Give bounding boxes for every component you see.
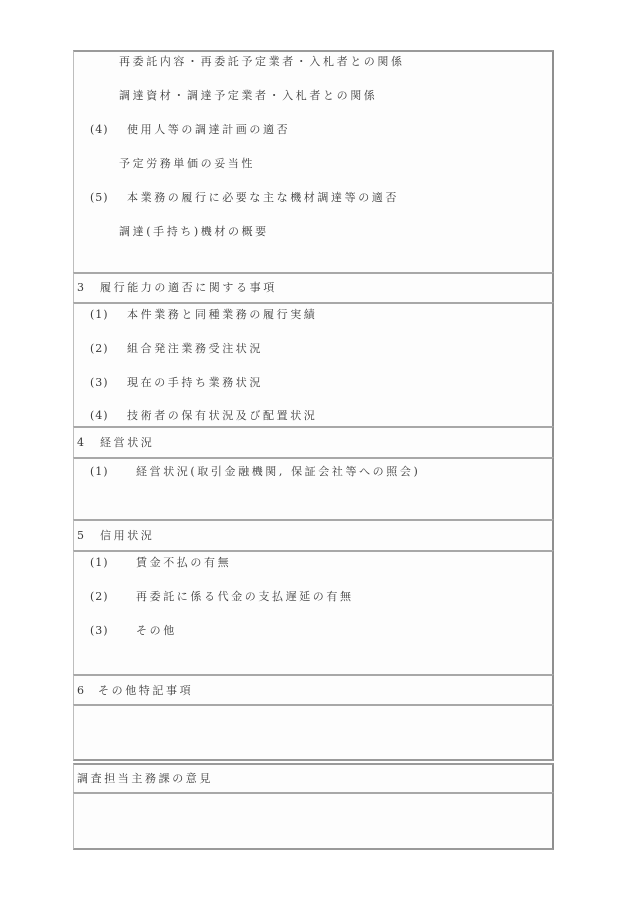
opinion-title: 調査担当主務課の意見 — [77, 772, 213, 786]
section-2-continuation-body: 再委託内容・再委託予定業者・入札者との関係 調達資材・調達予定業者・入札者との関… — [73, 50, 554, 272]
section-title: 経営状況 — [100, 436, 154, 450]
section-5-body: (1) 賃金不払の有無 (2) 再委託に係る代金の支払遅延の有無 (3) その他 — [73, 550, 554, 674]
item-procurement-relation: 調達資材・調達予定業者・入札者との関係 — [119, 89, 377, 103]
item-text: 組合発注業務受注状況 — [127, 342, 263, 356]
item-number: (3) — [90, 376, 109, 390]
opinion-field[interactable] — [73, 792, 554, 850]
item-number: (1) — [90, 465, 109, 479]
item-equipment-overview: 調達(手持ち)機材の概要 — [119, 225, 269, 239]
item-subcontract-relation: 再委託内容・再委託予定業者・入札者との関係 — [119, 55, 405, 69]
item-text: 賃金不払の有無 — [136, 556, 231, 570]
section-4-body: (1) 経営状況(取引金融機関, 保証会社等への照会) — [73, 457, 554, 519]
item-labor-unit-price: 予定労務単価の妥当性 — [119, 157, 255, 171]
item-number: (1) — [90, 308, 109, 322]
item-number: (1) — [90, 556, 109, 570]
section-title: 信用状況 — [100, 529, 154, 543]
item-text: その他 — [136, 624, 177, 638]
section-6-header: 6 その他特記事項 — [73, 674, 554, 704]
section-number: 5 — [77, 529, 84, 543]
section-5-header: 5 信用状況 — [73, 519, 554, 550]
section-number: 6 — [77, 684, 84, 698]
section-3-header: 3 履行能力の適否に関する事項 — [73, 272, 554, 302]
item-text: 本件業務と同種業務の履行実績 — [127, 308, 317, 322]
item-text: 経営状況(取引金融機関, 保証会社等への照会) — [136, 465, 420, 479]
section-number: 4 — [77, 436, 84, 450]
item-number: (3) — [90, 624, 109, 638]
section-title: 履行能力の適否に関する事項 — [100, 281, 277, 295]
item-number: (5) — [90, 191, 109, 205]
section-6-notes-field[interactable] — [73, 704, 554, 761]
section-title: その他特記事項 — [98, 684, 193, 698]
item-number: (2) — [90, 590, 109, 604]
inspection-form-table: 再委託内容・再委託予定業者・入札者との関係 調達資材・調達予定業者・入札者との関… — [73, 50, 554, 850]
section-number: 3 — [77, 281, 84, 295]
section-3-body: (1) 本件業務と同種業務の履行実績 (2) 組合発注業務受注状況 (3) 現在… — [73, 302, 554, 426]
item-text: 現在の手持ち業務状況 — [127, 376, 263, 390]
item-number: (2) — [90, 342, 109, 356]
item-text: 技術者の保有状況及び配置状況 — [127, 409, 317, 423]
item-staff-procurement-plan: 使用人等の調達計画の適否 — [127, 123, 290, 137]
item-number: (4) — [90, 123, 109, 137]
item-number: (4) — [90, 409, 109, 423]
item-equipment-procurement: 本業務の履行に必要な主な機材調達等の適否 — [127, 191, 399, 205]
item-text: 再委託に係る代金の支払遅延の有無 — [136, 590, 354, 604]
opinion-header: 調査担当主務課の意見 — [73, 763, 554, 792]
section-4-header: 4 経営状況 — [73, 426, 554, 457]
